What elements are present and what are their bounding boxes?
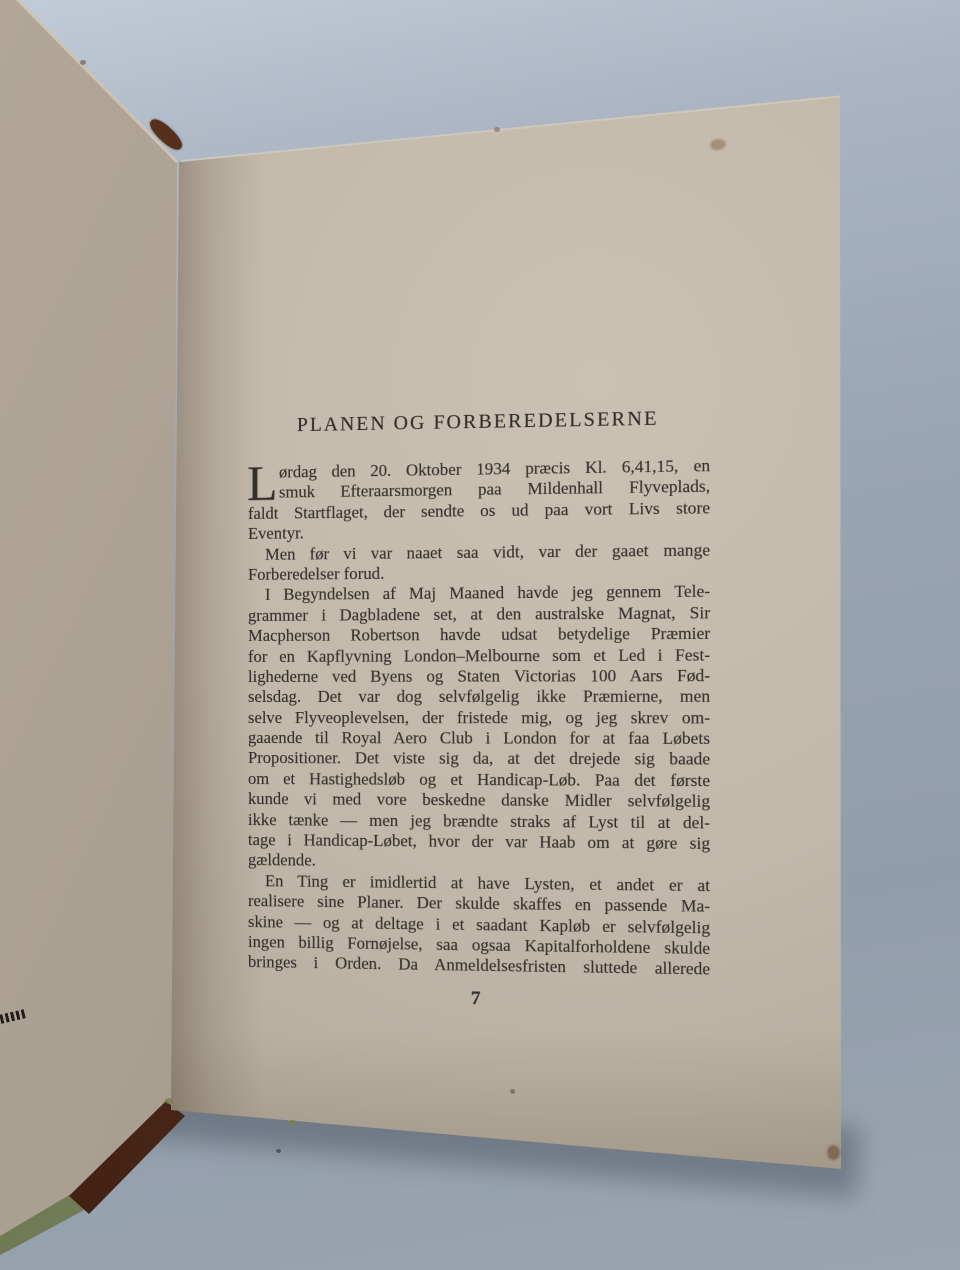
speck xyxy=(276,1149,281,1153)
text-line: grammer i Dagbladene set, at den austral… xyxy=(248,603,710,626)
foxing-stain xyxy=(494,127,500,132)
foxing-stain xyxy=(510,1089,515,1094)
text-line: om et Hastighedsløb og et Handicap-Løb. … xyxy=(248,769,710,792)
page-content: PLANEN OG FORBEREDELSERNE L ørdag den 20… xyxy=(248,407,710,1014)
foxing-stain xyxy=(80,60,86,65)
text-line: kunde vi med vore beskedne danske Midler… xyxy=(248,789,710,812)
body-text: L ørdag den 20. Oktober 1934 præcis Kl. … xyxy=(248,456,710,981)
foxing-stain xyxy=(827,1145,840,1160)
text-line: lighederne ved Byens og Staten Victorias… xyxy=(248,666,710,688)
text-line: gaaende til Royal Aero Club i London for… xyxy=(248,728,710,749)
text-line: I Begyndelsen af Maj Maaned havde jeg ge… xyxy=(248,582,710,606)
text-line: selve Flyveoplevelsen, der fristede mig,… xyxy=(248,708,710,729)
cloth-fleck xyxy=(288,1120,297,1126)
drop-cap: L xyxy=(247,461,278,505)
text-line: Men før vi var naaet saa vidt, var der g… xyxy=(248,540,710,565)
text-line: selsdag. Det var dog selvfølgelig ikke P… xyxy=(248,687,710,708)
cloth-fleck xyxy=(165,1098,173,1104)
book-photo: PLANEN OG FORBEREDELSERNE L ørdag den 20… xyxy=(0,0,960,1270)
text-line: Propositioner. Det viste sig da, at det … xyxy=(248,748,710,770)
text-line: Macpherson Robertson havde udsat betydel… xyxy=(248,624,710,647)
text-line: for en Kapflyvning London–Melbourne som … xyxy=(248,645,710,667)
